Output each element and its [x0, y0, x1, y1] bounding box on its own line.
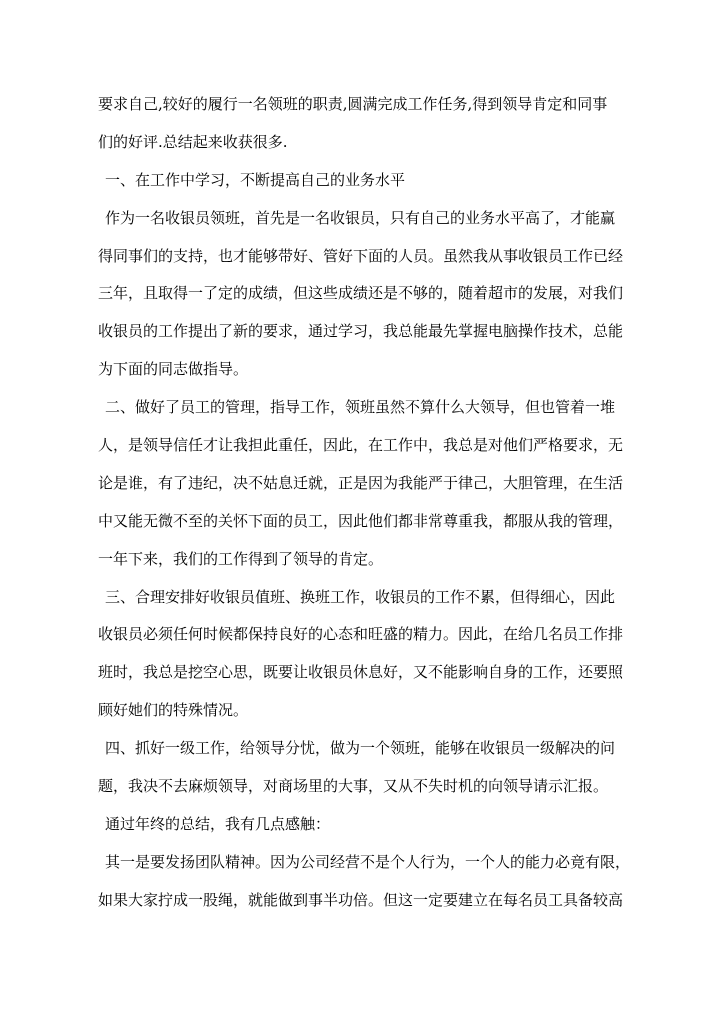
text-line: 题，我决不去麻烦领导，对商场里的大事，又从不失时机的向领导请示汇报。: [98, 768, 623, 806]
text-line: 为下面的同志做指导。: [98, 351, 623, 389]
text-line: 得同事们的支持，也才能够带好、管好下面的人员。虽然我从事收银员工作已经: [98, 238, 623, 276]
text-line: 二、做好了员工的管理，指导工作，领班虽然不算什么大领导，但也管着一堆: [98, 389, 623, 427]
text-line: 班时，我总是挖空心思，既要让收银员休息好，又不能影响自身的工作，还要照: [98, 654, 623, 692]
text-line: 其一是要发扬团队精神。因为公司经营不是个人行为，一个人的能力必竟有限，: [98, 844, 623, 882]
text-line: 收银员的工作提出了新的要求，通过学习，我总能最先掌握电脑操作技术，总能: [98, 313, 623, 351]
text-line: 人，是领导信任才让我担此重任，因此，在工作中，我总是对他们严格要求，无: [98, 427, 623, 465]
text-line: 通过年终的总结，我有几点感触：: [98, 806, 623, 844]
text-line: 要求自己,较好的履行一名领班的职责,圆满完成工作任务,得到领导肯定和同事: [98, 86, 623, 124]
text-line: 论是谁，有了违纪，决不姑息迁就，正是因为我能严于律己，大胆管理，在生活: [98, 465, 623, 503]
text-line: 如果大家拧成一股绳，就能做到事半功倍。但这一定要建立在每名员工具备较高: [98, 882, 623, 920]
document-page: 要求自己,较好的履行一名领班的职责,圆满完成工作任务,得到领导肯定和同事们的好评…: [0, 0, 721, 1020]
text-line: 一年下来，我们的工作得到了领导的肯定。: [98, 541, 623, 579]
text-line: 三、合理安排好收银员值班、换班工作，收银员的工作不累，但得细心，因此: [98, 579, 623, 617]
text-line: 作为一名收银员领班，首先是一名收银员，只有自己的业务水平高了，才能赢: [98, 200, 623, 238]
text-line: 四、抓好一级工作，给领导分忧，做为一个领班，能够在收银员一级解决的问: [98, 730, 623, 768]
text-line: 三年，且取得一了定的成绩，但这些成绩还是不够的，随着超市的发展，对我们: [98, 275, 623, 313]
text-line: 一、在工作中学习，不断提高自己的业务水平: [98, 162, 623, 200]
text-line: 中又能无微不至的关怀下面的员工，因此他们都非常尊重我，都服从我的管理，: [98, 503, 623, 541]
text-line: 顾好她们的特殊情况。: [98, 692, 623, 730]
text-line: 们的好评.总结起来收获很多.: [98, 124, 623, 162]
document-body: 要求自己,较好的履行一名领班的职责,圆满完成工作任务,得到领导肯定和同事们的好评…: [98, 86, 623, 920]
text-line: 收银员必须任何时候都保持良好的心态和旺盛的精力。因此，在给几名员工作排: [98, 616, 623, 654]
